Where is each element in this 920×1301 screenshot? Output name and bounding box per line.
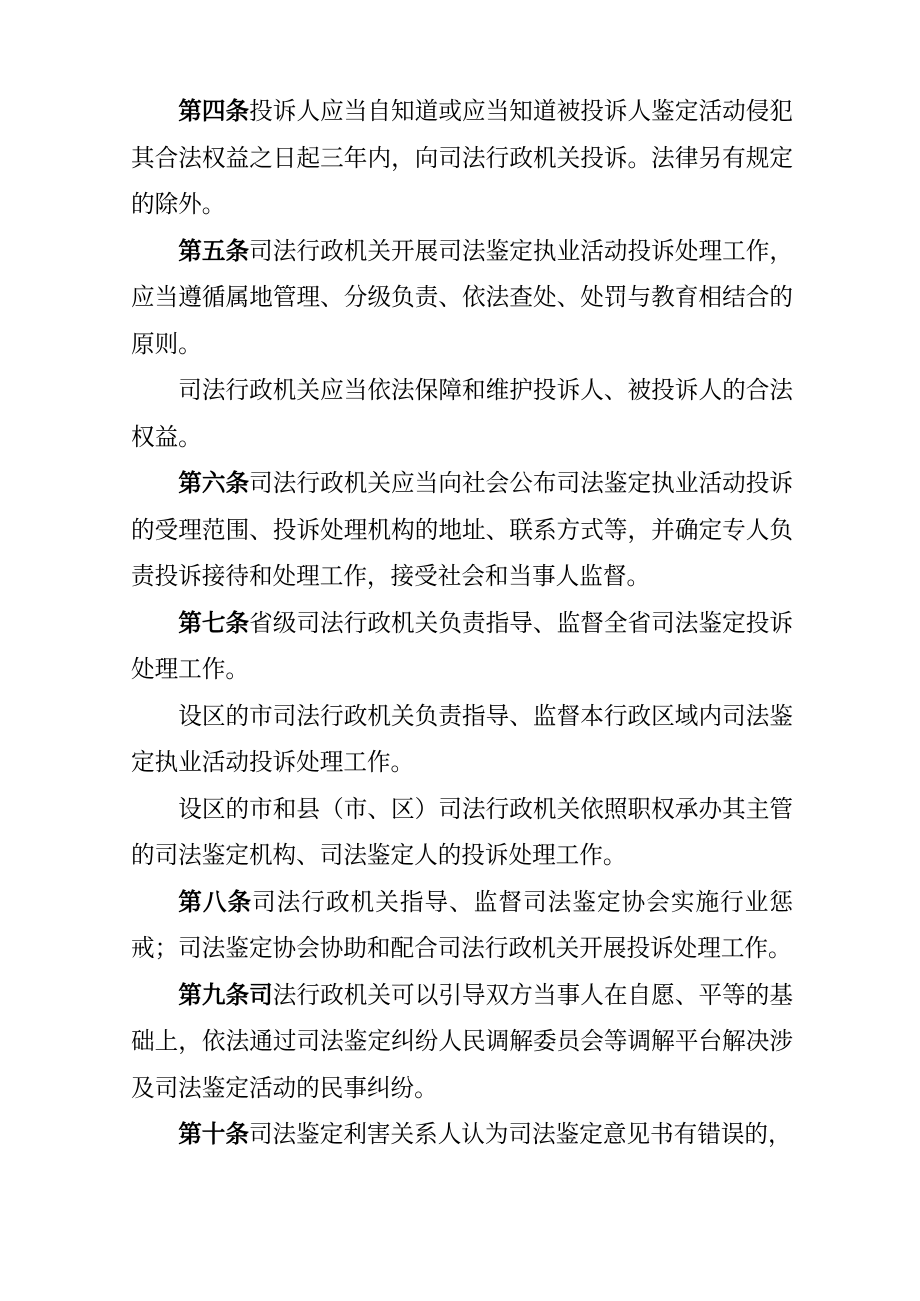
paragraph-text: 司法行政机关应当依法保障和维护投诉人、被投诉人的合法权益。 [131, 378, 793, 451]
paragraph-text: 设区的市司法行政机关负责指导、监督本行政区域内司法鉴定执业活动投诉处理工作。 [131, 704, 793, 777]
document-page: 第四条投诉人应当自知道或应当知道被投诉人鉴定活动侵犯其合法权益之日起三年内，向司… [0, 0, 920, 1301]
paragraph: 第四条投诉人应当自知道或应当知道被投诉人鉴定活动侵犯其合法权益之日起三年内，向司… [131, 89, 793, 229]
paragraph: 第九条司法行政机关可以引导双方当事人在自愿、平等的基础上，依法通过司法鉴定纠纷人… [131, 973, 793, 1113]
paragraph: 第十条司法鉴定利害关系人认为司法鉴定意见书有错误的， [131, 1112, 793, 1159]
article-number: 第四条 [178, 99, 249, 125]
article-number: 第十条 [178, 1122, 249, 1148]
article-number: 第五条 [178, 239, 249, 265]
paragraph: 第八条司法行政机关指导、监督司法鉴定协会实施行业惩戒；司法鉴定协会协助和配合司法… [131, 880, 793, 973]
paragraph: 司法行政机关应当依法保障和维护投诉人、被投诉人的合法权益。 [131, 368, 793, 461]
article-number: 第七条 [178, 611, 249, 637]
paragraph-text: 司法鉴定利害关系人认为司法鉴定意见书有错误的， [249, 1122, 792, 1148]
article-number: 第六条 [178, 471, 249, 497]
paragraph: 设区的市司法行政机关负责指导、监督本行政区域内司法鉴定执业活动投诉处理工作。 [131, 694, 793, 787]
paragraph: 第五条司法行政机关开展司法鉴定执业活动投诉处理工作，应当遵循属地管理、分级负责、… [131, 229, 793, 369]
paragraph: 第七条省级司法行政机关负责指导、监督全省司法鉴定投诉处理工作。 [131, 601, 793, 694]
article-number: 第八条 [178, 890, 252, 916]
paragraph: 设区的市和县（市、区）司法行政机关依照职权承办其主管的司法鉴定机构、司法鉴定人的… [131, 787, 793, 880]
paragraph: 第六条司法行政机关应当向社会公布司法鉴定执业活动投诉的受理范围、投诉处理机构的地… [131, 461, 793, 601]
document-body: 第四条投诉人应当自知道或应当知道被投诉人鉴定活动侵犯其合法权益之日起三年内，向司… [131, 89, 793, 1159]
paragraph-text: 设区的市和县（市、区）司法行政机关依照职权承办其主管的司法鉴定机构、司法鉴定人的… [131, 797, 793, 870]
article-number: 第九条司 [178, 983, 273, 1009]
